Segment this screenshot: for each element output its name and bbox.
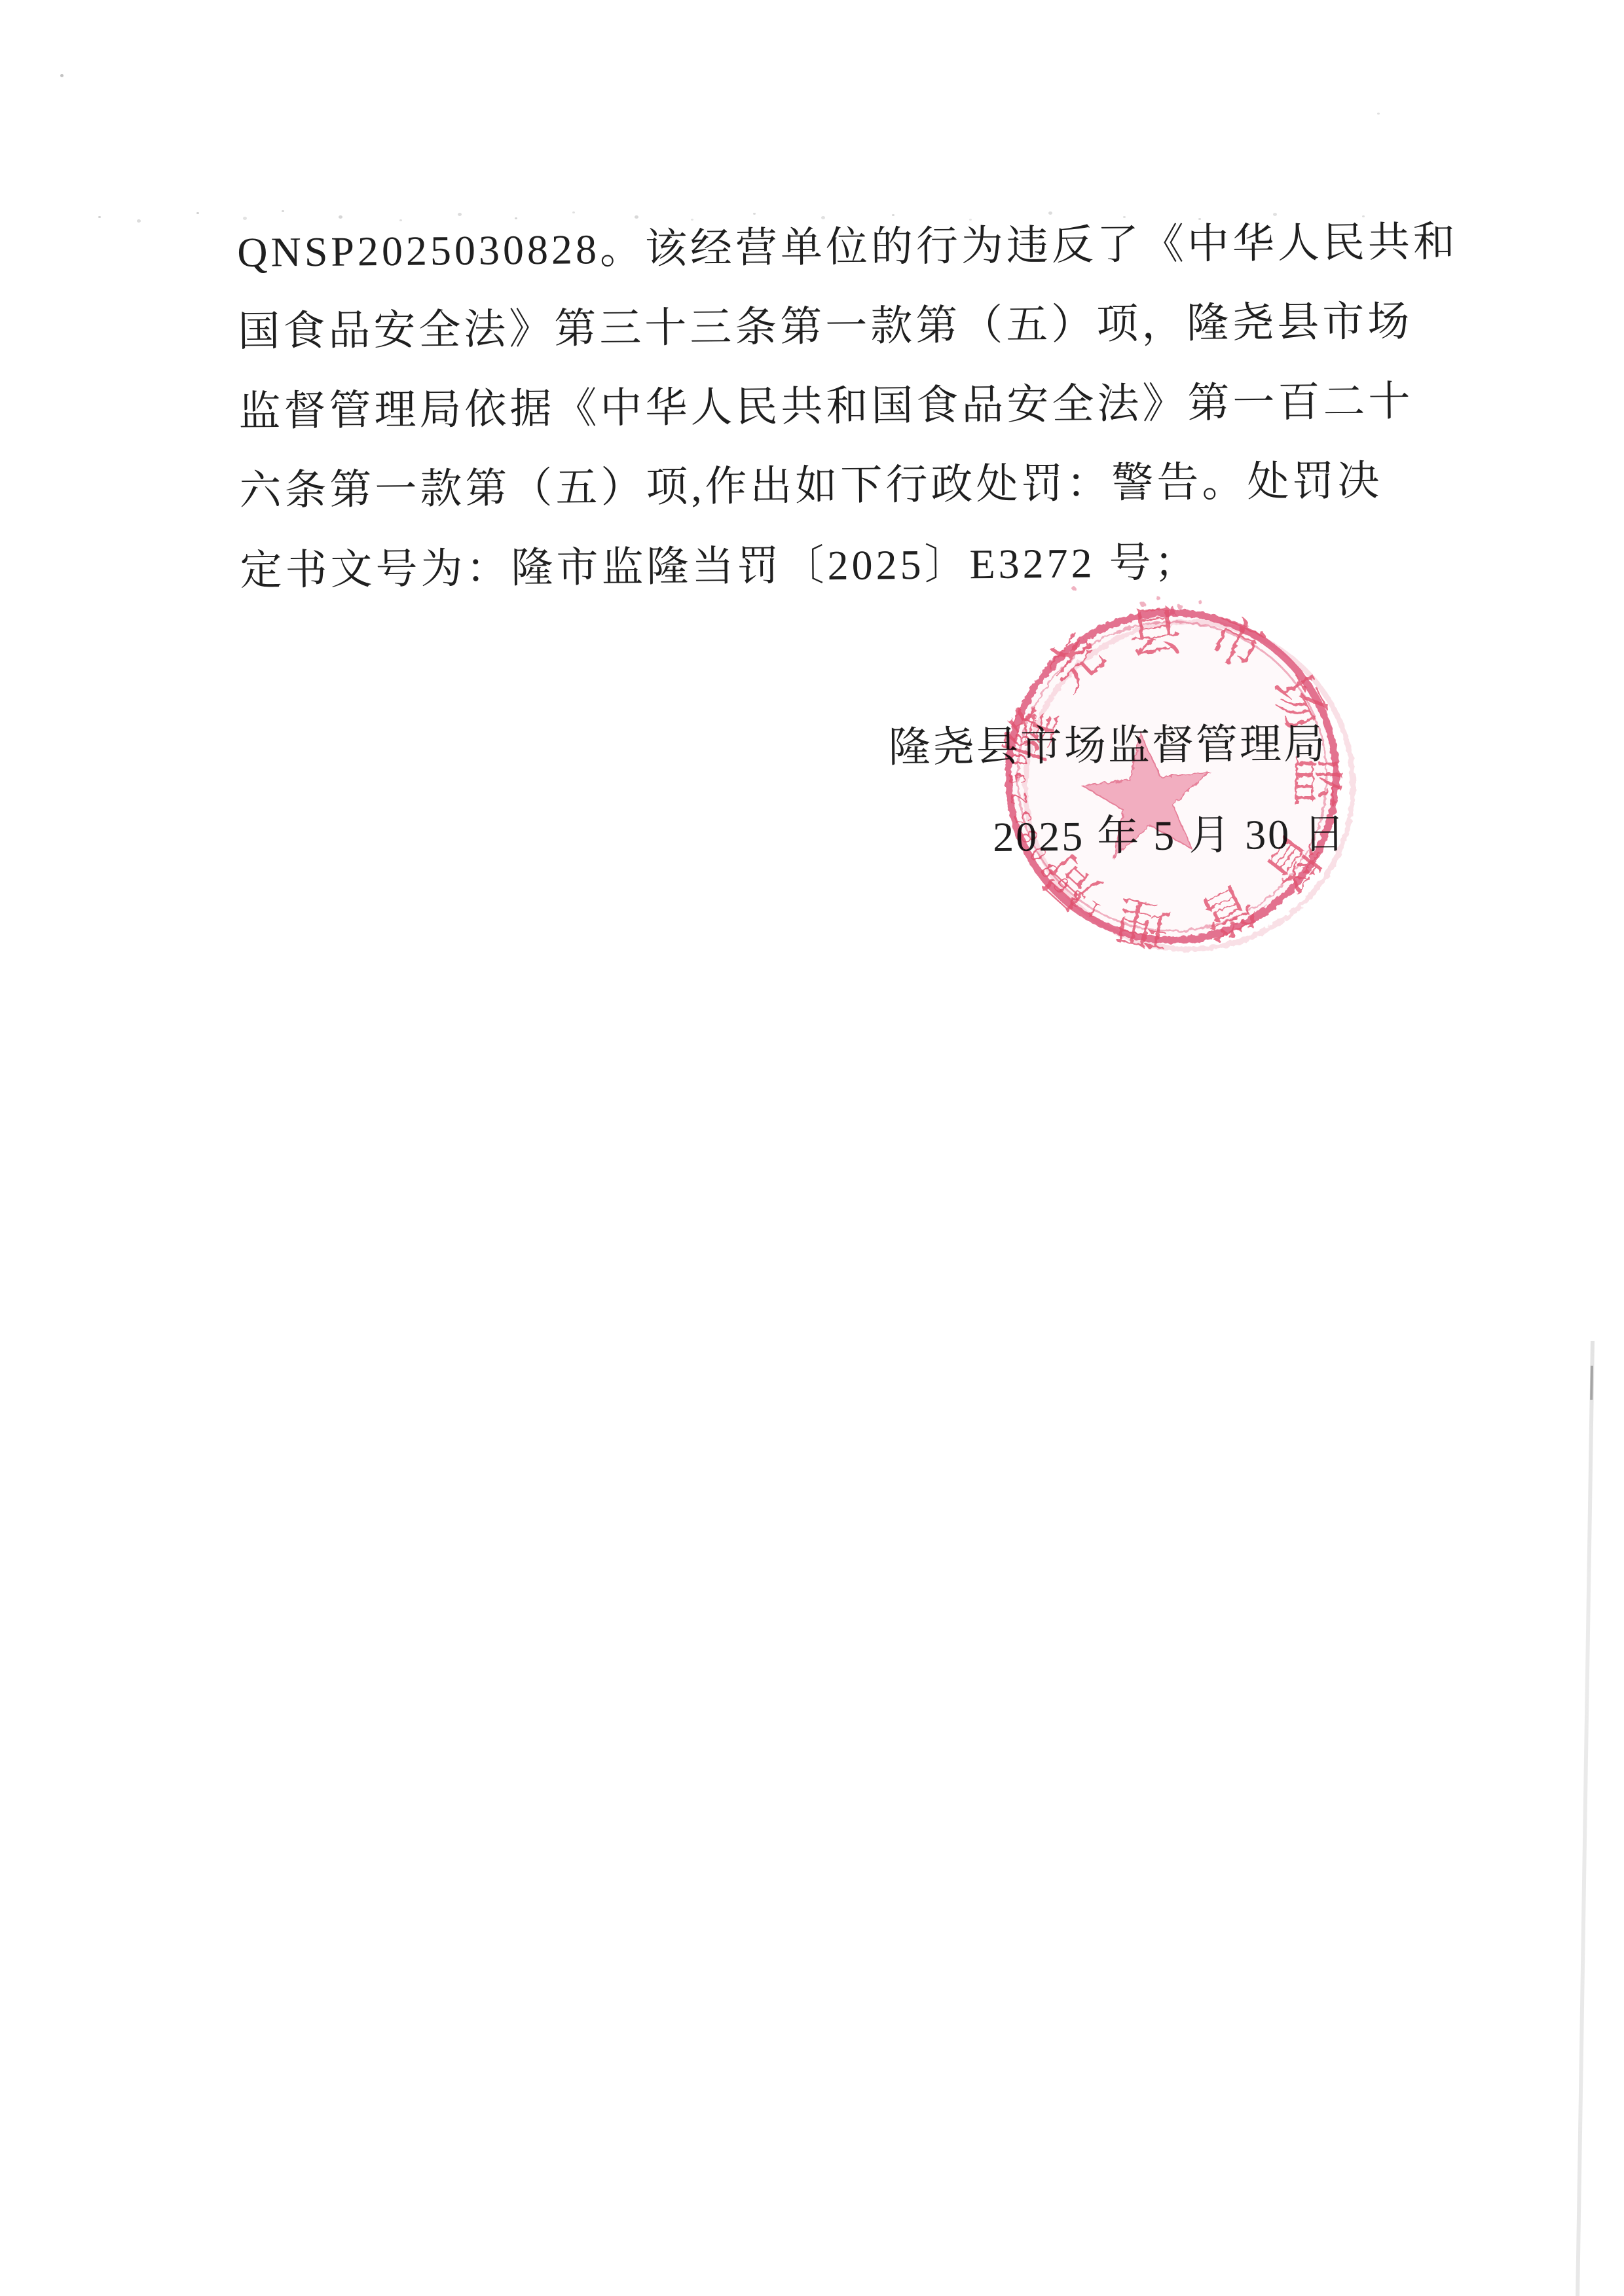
official-seal: 隆尧县市场监督管理局130525809631 [976,580,1369,973]
body-line-3: 监督管理局依据《中华人民共和国食品安全法》第一百二十 [238,376,1372,438]
body-line-2: 国食品安全法》第三十三条第一款第（五）项，隆尧县市场 [238,296,1371,358]
svg-text:监: 监 [1285,754,1346,809]
body-line-1: QNSP2025030828。该经营单位的行为违反了《中华人民共和 [237,217,1371,279]
scan-crease-mark [1590,1366,1593,1400]
document-text-block: QNSP2025030828。该经营单位的行为违反了《中华人民共和 国食品安全法… [0,0,1624,2296]
body-line-4: 六条第一款第（五）项,作出如下行政处罚：警告。处罚决 [239,455,1373,517]
svg-text:5: 5 [1004,773,1030,785]
svg-text:县: 县 [1125,601,1185,666]
scanned-document-page: QNSP2025030828。该经营单位的行为违反了《中华人民共和 国食品安全法… [0,0,1624,2296]
